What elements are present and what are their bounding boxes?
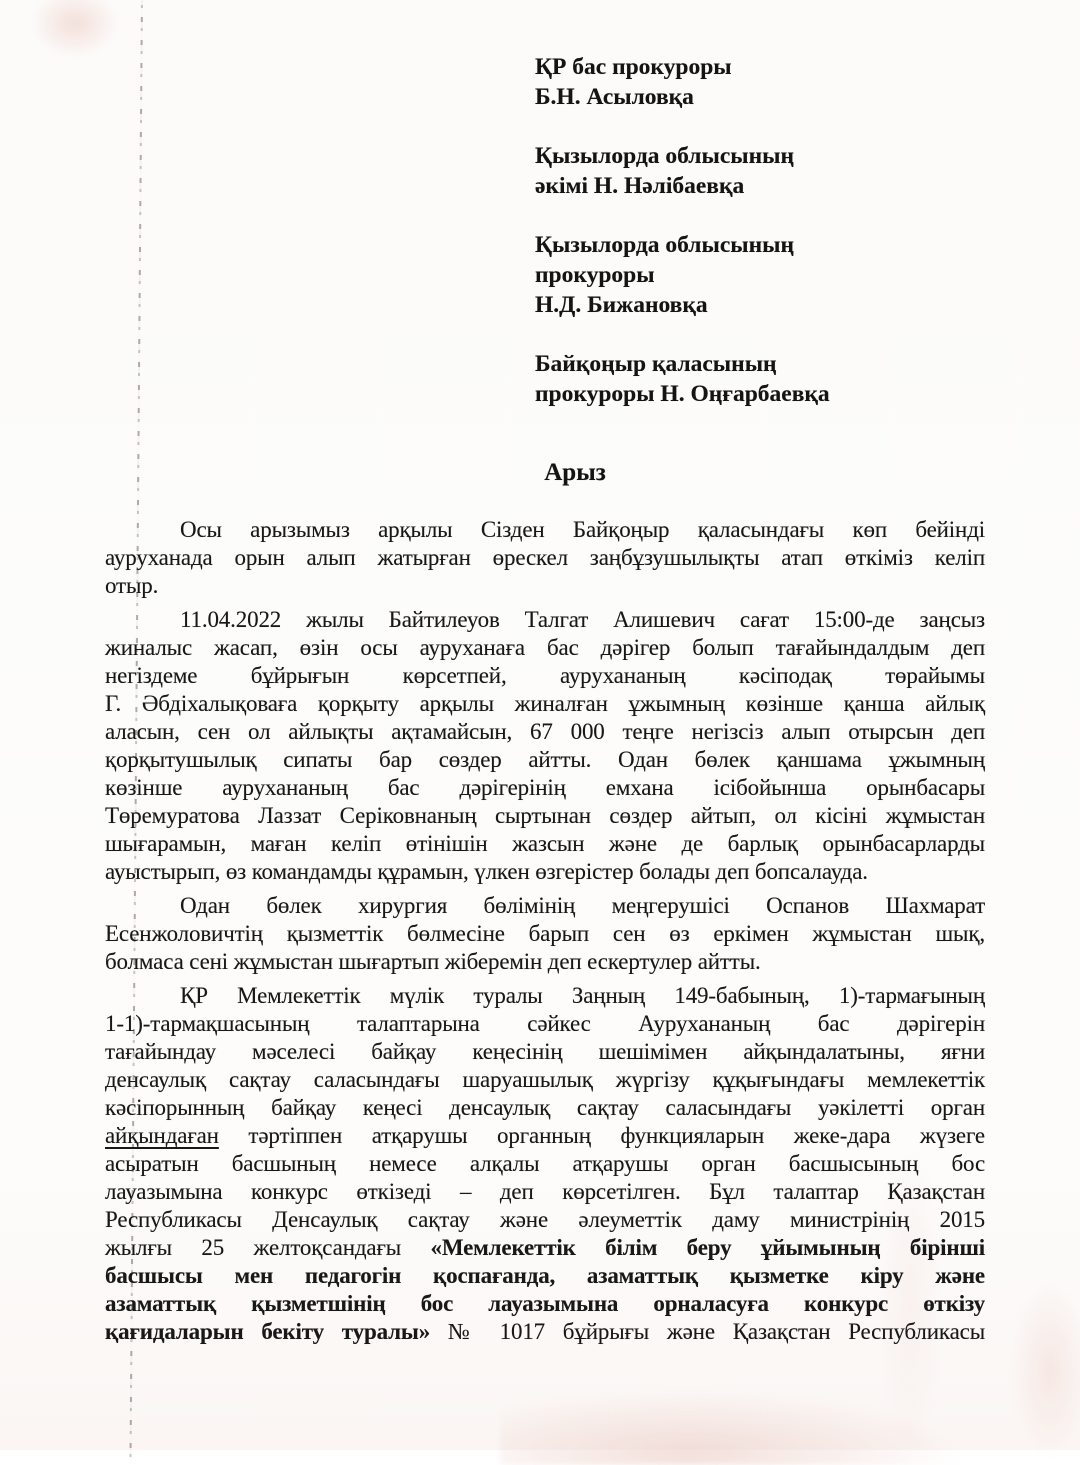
recipient-line: Н.Д. Бижановқа	[535, 290, 830, 320]
recipient-line: Байқоңыр қаласының	[535, 349, 830, 379]
text-line: ауыстырып, өз командамды құрамын, үлкен …	[105, 858, 985, 886]
text-segment: шығарамын, маған келіп өтінішін жазсын ж…	[105, 831, 985, 856]
text-segment: Есенжоловичтің қызметтік бөлмесіне барып…	[105, 921, 985, 946]
text-line: денсаулық сақтау саласындағы шаруашылық …	[105, 1066, 985, 1094]
text-segment: қорқытушылық сипаты бар сөздер айтты. Од…	[105, 747, 985, 772]
text-line: азаматтық қызметшінің бос лауазымына орн…	[105, 1290, 985, 1318]
recipient-line: Қызылорда облысының	[535, 230, 830, 260]
document-title: Арыз	[135, 458, 1015, 488]
text-segment: негіздеме бұйрығын көрсетпей, аурухананы…	[105, 663, 985, 688]
text-segment: болмаса сені жұмыстан шығартып жіберемін…	[105, 949, 761, 974]
text-line: отыр.	[105, 572, 985, 600]
text-line: 11.04.2022 жылы Байтилеуов Талгат Алишев…	[105, 606, 985, 634]
text-line: асыратын басшының немесе алқалы атқарушы…	[105, 1150, 985, 1178]
text-line: тағайындау мәселесі байқау кеңесінің шеш…	[105, 1038, 985, 1066]
text-line: қағидаларын бекіту туралы» № 1017 бұйрығ…	[105, 1318, 985, 1346]
text-segment: айқындаған	[105, 1123, 219, 1148]
scanned-document-page: ҚР бас прокурорыБ.Н. АсыловқаҚызылорда о…	[0, 0, 1080, 1450]
scan-smudge-bottom-center	[500, 1390, 970, 1450]
text-segment: 11.04.2022 жылы Байтилеуов Талгат Алишев…	[180, 607, 985, 632]
text-line: шығарамын, маған келіп өтінішін жазсын ж…	[105, 830, 985, 858]
text-line: кәсіпорынның байқау кеңесі денсаулық сақ…	[105, 1094, 985, 1122]
text-line: Есенжоловичтің қызметтік бөлмесіне барып…	[105, 920, 985, 948]
text-line: Осы арызымыз арқылы Сізден Байқоңыр қала…	[105, 516, 985, 544]
recipient-line: ҚР бас прокуроры	[535, 52, 830, 82]
recipient-line: Қызылорда облысының	[535, 141, 830, 171]
text-line: Одан бөлек хирургия бөлімінің меңгерушіс…	[105, 892, 985, 920]
scan-smudge-bottom-right	[1010, 1280, 1080, 1450]
text-line: Төремуратова Лаззат Серіковнаның сыртына…	[105, 802, 985, 830]
text-line: жылғы 25 желтоқсандағы «Мемлекеттік білі…	[105, 1234, 985, 1262]
text-line: негіздеме бұйрығын көрсетпей, аурухананы…	[105, 662, 985, 690]
recipient-block: ҚР бас прокурорыБ.Н. АсыловқаҚызылорда о…	[535, 52, 830, 438]
text-line: болмаса сені жұмыстан шығартып жіберемін…	[105, 948, 985, 976]
text-segment: денсаулық сақтау саласындағы шаруашылық …	[105, 1067, 985, 1092]
document-body: Осы арызымыз арқылы Сізден Байқоңыр қала…	[105, 516, 985, 1346]
body-paragraph: 11.04.2022 жылы Байтилеуов Талгат Алишев…	[105, 606, 985, 886]
text-segment: «Мемлекеттік білім беру ұйымының бірінші	[431, 1235, 986, 1260]
text-segment: кәсіпорынның байқау кеңесі денсаулық сақ…	[105, 1095, 985, 1120]
text-segment: Төремуратова Лаззат Серіковнаның сыртына…	[105, 803, 985, 828]
text-segment: тағайындау мәселесі байқау кеңесінің шеш…	[105, 1039, 985, 1064]
text-segment: ҚР Мемлекеттік мүлік туралы Заңның 149-б…	[180, 983, 985, 1008]
text-segment: Г. Әбдіхалықоваға қорқыту арқылы жиналға…	[105, 691, 985, 716]
text-segment: қағидаларын бекіту туралы»	[105, 1319, 430, 1344]
text-segment: № 1017 бұйрығы және Қазақстан Республика…	[430, 1319, 985, 1344]
text-line: аласын, сен ол айлықты ақтамайсын, 67 00…	[105, 718, 985, 746]
text-segment: Одан бөлек хирургия бөлімінің меңгерушіс…	[180, 893, 985, 918]
text-segment: ауруханада орын алып жатырған өрескел за…	[105, 545, 985, 570]
scan-smudge-top-left	[30, 0, 120, 58]
text-line: жиналыс жасап, өзін осы ауруханаға бас д…	[105, 634, 985, 662]
text-segment: отыр.	[105, 573, 158, 598]
text-line: Республикасы Денсаулық сақтау және әлеум…	[105, 1206, 985, 1234]
recipient-group: Қызылорда облысыныңәкімі Н. Нәлібаевқа	[535, 141, 830, 201]
text-segment: басшысы мен педагогін қоспағанда, азамат…	[105, 1263, 985, 1288]
body-paragraph: Осы арызымыз арқылы Сізден Байқоңыр қала…	[105, 516, 985, 600]
recipient-group: Қызылорда облысыныңпрокурорыН.Д. Бижанов…	[535, 230, 830, 320]
recipient-line: Б.Н. Асыловқа	[535, 82, 830, 112]
text-line: айқындаған тәртіппен атқарушы органның ф…	[105, 1122, 985, 1150]
body-paragraph: Одан бөлек хирургия бөлімінің меңгерушіс…	[105, 892, 985, 976]
text-line: басшысы мен педагогін қоспағанда, азамат…	[105, 1262, 985, 1290]
text-segment: аласын, сен ол айлықты ақтамайсын, 67 00…	[105, 719, 985, 744]
text-segment: Осы арызымыз арқылы Сізден Байқоңыр қала…	[180, 517, 985, 542]
text-segment: азаматтық қызметшінің бос лауазымына орн…	[105, 1291, 985, 1316]
text-line: қорқытушылық сипаты бар сөздер айтты. Од…	[105, 746, 985, 774]
text-segment: жиналыс жасап, өзін осы ауруханаға бас д…	[105, 635, 985, 660]
recipient-line: әкімі Н. Нәлібаевқа	[535, 171, 830, 201]
text-segment: 1-1)-тармақшасының талаптарына сәйкес Ау…	[105, 1011, 985, 1036]
text-segment: көзінше аурухананың бас дәрігерінің емха…	[105, 775, 985, 800]
text-segment: тәртіппен атқарушы органның функцияларын…	[219, 1123, 985, 1148]
text-segment: асыратын басшының немесе алқалы атқарушы…	[105, 1151, 985, 1176]
recipient-line: прокуроры Н. Оңғарбаевқа	[535, 379, 830, 409]
text-segment: Республикасы Денсаулық сақтау және әлеум…	[105, 1207, 985, 1232]
text-line: ҚР Мемлекеттік мүлік туралы Заңның 149-б…	[105, 982, 985, 1010]
recipient-line: прокуроры	[535, 260, 830, 290]
body-paragraph: ҚР Мемлекеттік мүлік туралы Заңның 149-б…	[105, 982, 985, 1346]
recipient-group: Байқоңыр қаласыныңпрокуроры Н. Оңғарбаев…	[535, 349, 830, 409]
text-line: ауруханада орын алып жатырған өрескел за…	[105, 544, 985, 572]
text-line: 1-1)-тармақшасының талаптарына сәйкес Ау…	[105, 1010, 985, 1038]
text-line: көзінше аурухананың бас дәрігерінің емха…	[105, 774, 985, 802]
text-line: Г. Әбдіхалықоваға қорқыту арқылы жиналға…	[105, 690, 985, 718]
text-line: лауазымына конкурс өткізеді – деп көрсет…	[105, 1178, 985, 1206]
recipient-group: ҚР бас прокурорыБ.Н. Асыловқа	[535, 52, 830, 112]
text-segment: жылғы 25 желтоқсандағы	[105, 1235, 431, 1260]
text-segment: лауазымына конкурс өткізеді – деп көрсет…	[105, 1179, 985, 1204]
text-segment: ауыстырып, өз командамды құрамын, үлкен …	[105, 859, 868, 884]
